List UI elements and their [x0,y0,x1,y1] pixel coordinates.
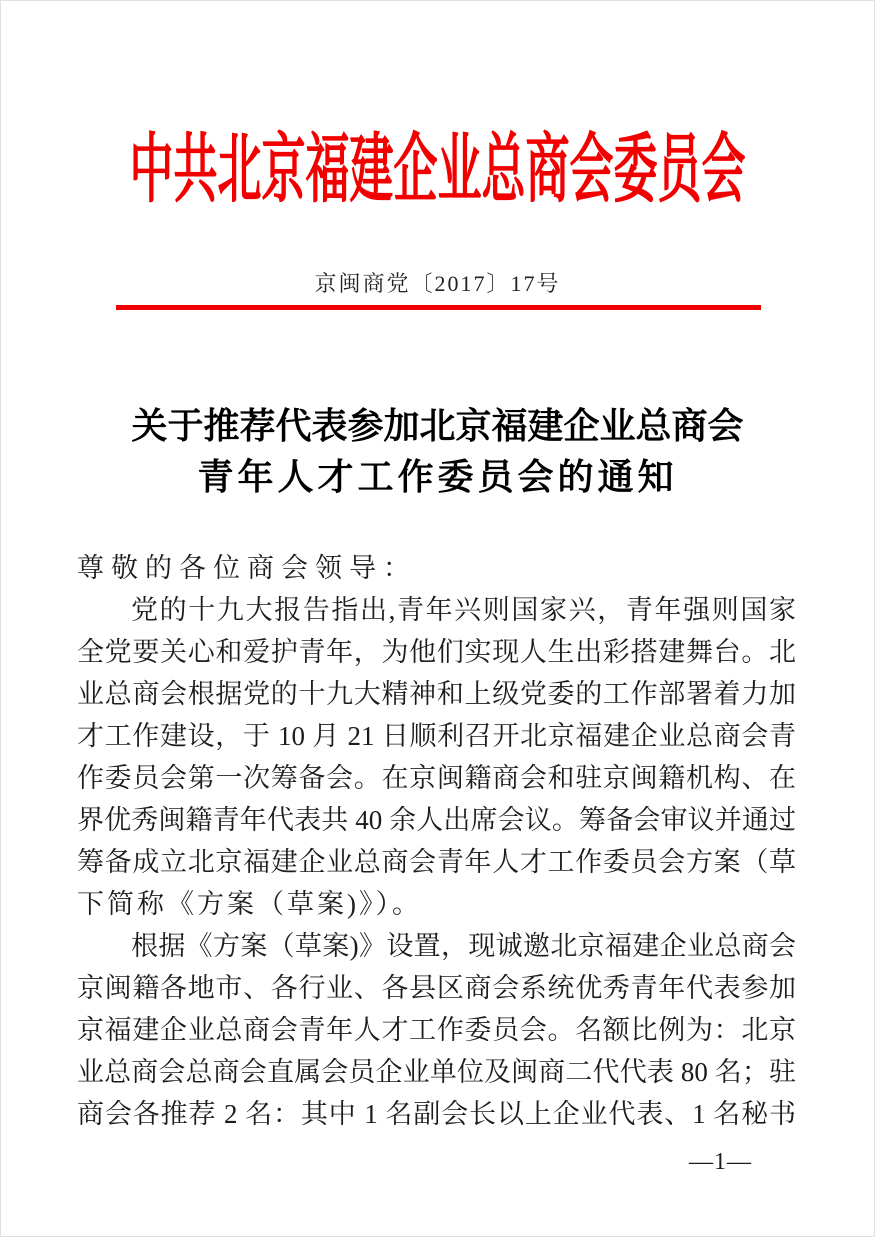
body-line: 筹备成立北京福建企业总商会青年人才工作委员会方案（草案)》（以 [77,841,796,883]
body-line: 作委员会第一次筹备会。在京闽籍商会和驻京闽籍机构、在京社会各 [77,757,796,799]
body-text: 尊敬的各位商会领导： 党的十九大报告指出,青年兴则国家兴，青年强则国家强， 全党… [77,547,796,1135]
body-line: 根据《方案（草案)》设置，现诚邀北京福建企业总商会及驻 [77,925,796,967]
body-line: 京闽籍各地市、各行业、各县区商会系统优秀青年代表参加北 [77,967,796,1009]
notice-title-line-2: 青年人才工作委员会的通知 [1,451,874,502]
body-line: 党的十九大报告指出,青年兴则国家兴，青年强则国家强， [77,589,796,631]
notice-title: 关于推荐代表参加北京福建企业总商会 青年人才工作委员会的通知 [1,400,874,502]
body-line: 全党要关心和爱护青年，为他们实现人生出彩搭建舞台。北京福建企 [77,631,796,673]
document-page: 中共北京福建企业总商会委员会 京闽商党〔2017〕17号 关于推荐代表参加北京福… [0,0,875,1237]
page-number: —1— [689,1149,752,1176]
body-line: 业总商会根据党的十九大精神和上级党委的工作部署着力加强青年人 [77,673,796,715]
body-line: 商会各推荐 2 名：其中 1 名副会长以上企业代表、1 名秘书长 [77,1093,796,1135]
body-line: 业总商会总商会直属会员企业单位及闽商二代代表 80 名；驻京闽籍 [77,1051,796,1093]
body-line: 才工作建设，于 10 月 21 日顺利召开北京福建企业总商会青年人才工 [77,715,796,757]
notice-title-line-1: 关于推荐代表参加北京福建企业总商会 [1,400,874,451]
body-line: 京福建企业总商会青年人才工作委员会。名额比例为：北京福建企 [77,1009,796,1051]
salutation: 尊敬的各位商会领导： [77,547,796,589]
issuer-letterhead-title: 中共北京福建企业总商会委员会 [1,133,874,209]
red-separator-rule [116,305,761,310]
body-line: 下简称《方案（草案)》）。 [77,883,796,925]
document-number: 京闽商党〔2017〕17号 [1,267,874,298]
body-line: 界优秀闽籍青年代表共 40 余人出席会议。筹备会审议并通过了《关于 [77,799,796,841]
